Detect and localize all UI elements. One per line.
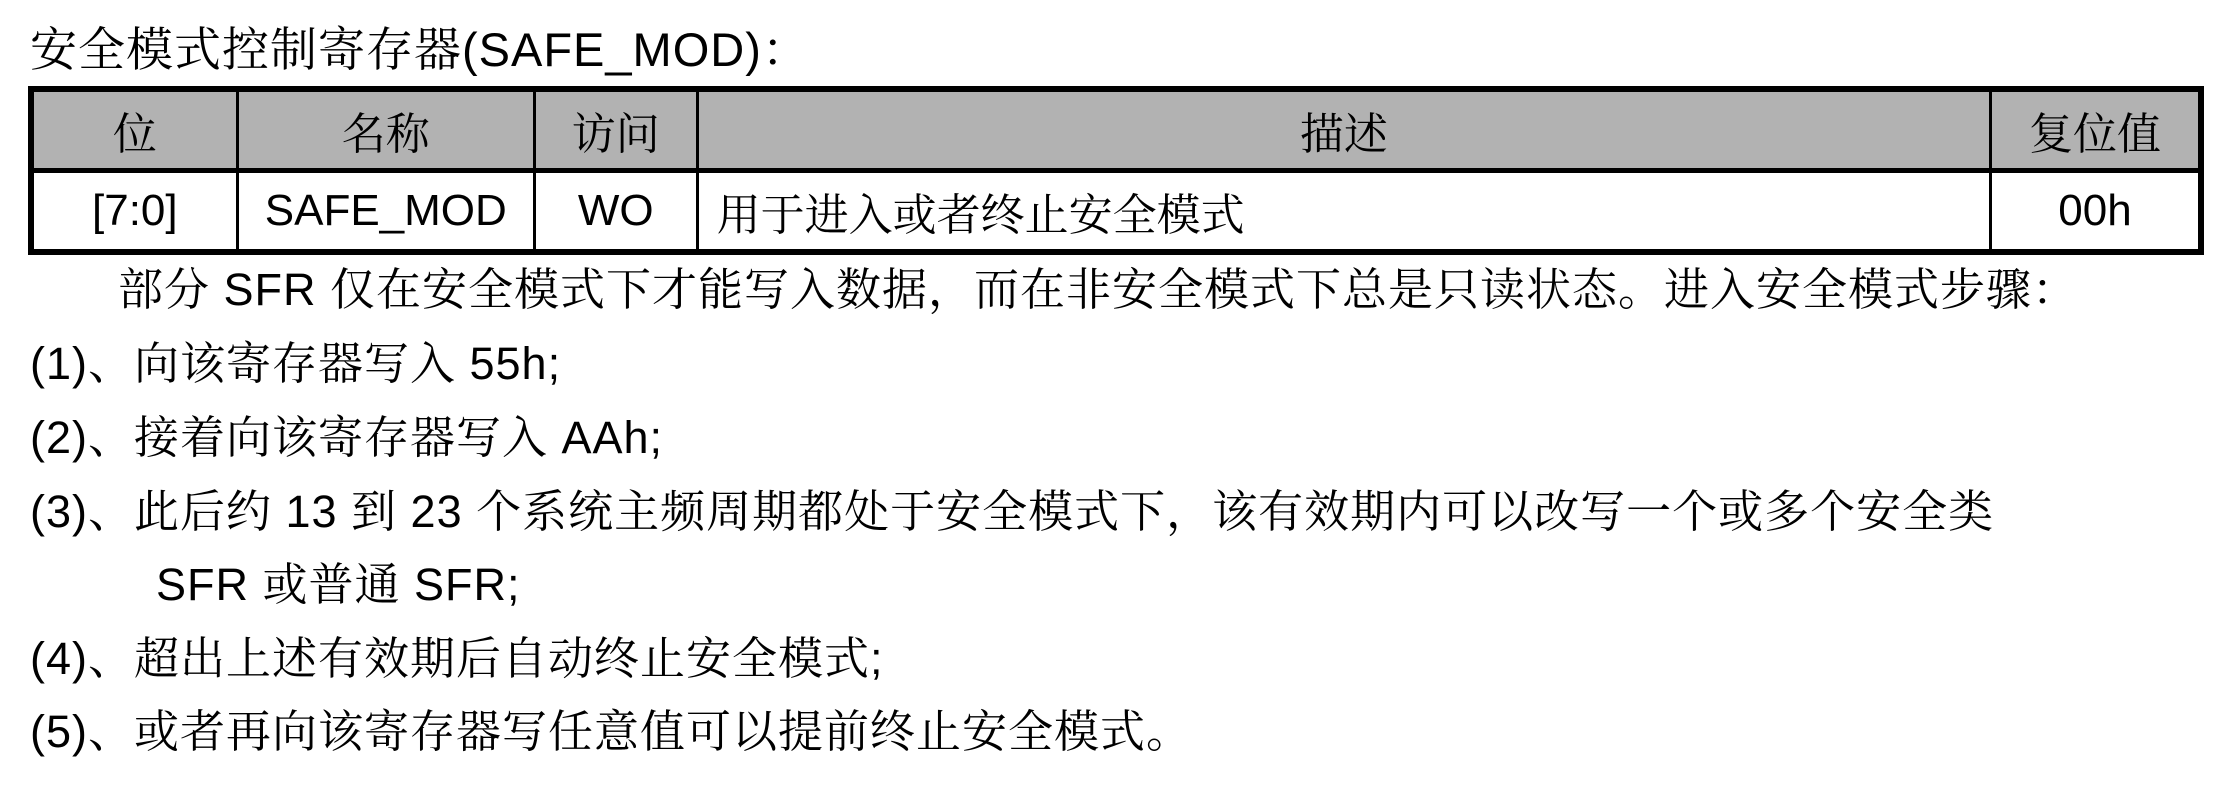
step-item-2: (2)、接着向该寄存器写入 AAh; [30, 412, 663, 464]
step-item-3: (3)、此后约 13 到 23 个系统主频周期都处于安全模式下，该有效期内可以改… [30, 486, 1994, 538]
cell-description: 用于进入或者终止安全模式 [697, 171, 1990, 253]
cell-bit: [7:0] [31, 171, 237, 253]
step-item-4: (4)、超出上述有效期后自动终止安全模式; [30, 633, 884, 685]
cell-name: SAFE_MOD [237, 171, 534, 253]
step-item-1: (1)、向该寄存器写入 55h; [30, 338, 561, 390]
register-section-title: 安全模式控制寄存器(SAFE_MOD)： [30, 22, 810, 78]
document-page: 安全模式控制寄存器(SAFE_MOD)： 位 名称 访问 描述 复位值 [7:0… [0, 0, 2234, 790]
step-item-3-continuation: SFR 或普通 SFR; [156, 559, 521, 611]
register-table: 位 名称 访问 描述 复位值 [7:0] SAFE_MOD WO 用于进入或者终… [28, 86, 2204, 255]
table-row: [7:0] SAFE_MOD WO 用于进入或者终止安全模式 00h [31, 171, 2201, 253]
header-name: 名称 [237, 89, 534, 171]
header-reset-value: 复位值 [1991, 89, 2202, 171]
register-table-header: 位 名称 访问 描述 复位值 [31, 89, 2201, 171]
table-header-row: 位 名称 访问 描述 复位值 [31, 89, 2201, 171]
cell-access: WO [534, 171, 697, 253]
register-table-body: [7:0] SAFE_MOD WO 用于进入或者终止安全模式 00h [31, 171, 2201, 253]
header-description: 描述 [697, 89, 1990, 171]
cell-reset-value: 00h [1991, 171, 2202, 253]
step-item-5: (5)、或者再向该寄存器写任意值可以提前终止安全模式。 [30, 706, 1192, 758]
header-bit: 位 [31, 89, 237, 171]
header-access: 访问 [534, 89, 697, 171]
intro-paragraph: 部分 SFR 仅在安全模式下才能写入数据，而在非安全模式下总是只读状态。进入安全… [118, 264, 2078, 316]
